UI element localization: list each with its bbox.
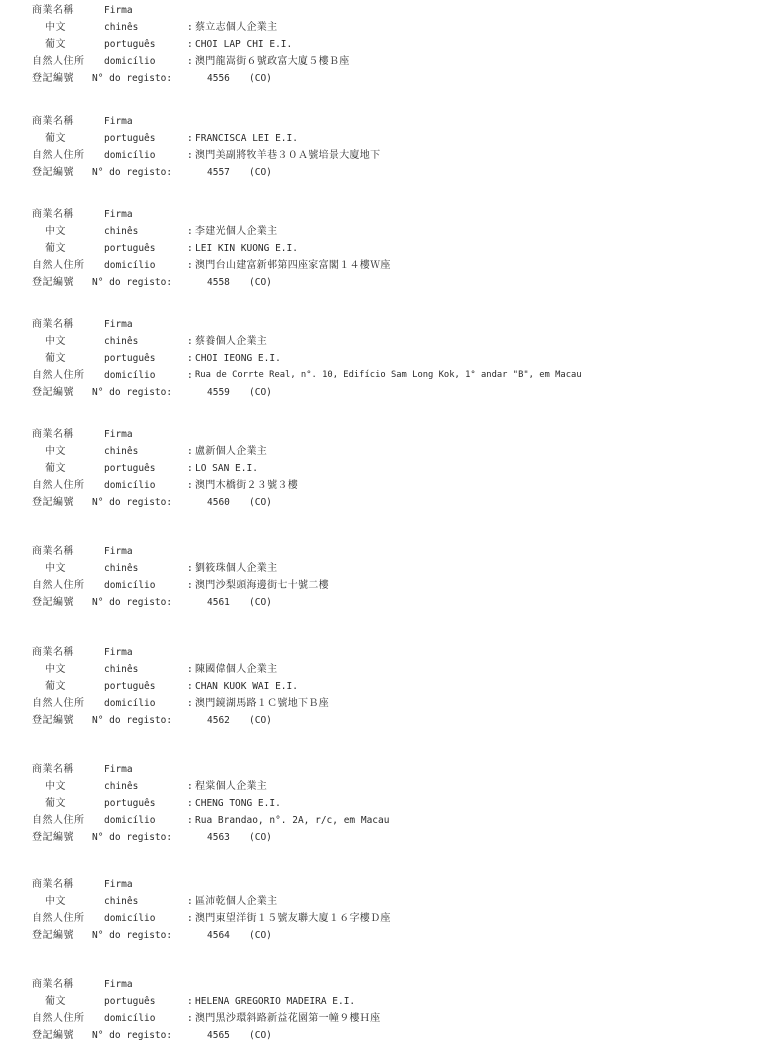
domicile-label-zh: 自然人住所 bbox=[32, 367, 85, 384]
registry-number: 4563 bbox=[207, 829, 230, 846]
portuguese-label-pt: português bbox=[104, 795, 155, 812]
separator: : bbox=[187, 795, 193, 812]
portuguese-name-value: CHOI IEONG E.I. bbox=[195, 350, 281, 367]
firm-label-pt: Firma bbox=[104, 976, 133, 993]
portuguese-name-value: FRANCISCA LEI E.I. bbox=[195, 130, 298, 147]
registry-number: 4565 bbox=[207, 1027, 230, 1044]
chinese-label-zh: 中文 bbox=[45, 778, 66, 795]
separator: : bbox=[187, 333, 193, 350]
domicile-value: Rua Brandao, n°. 2A, r/c, em Macau bbox=[195, 812, 389, 829]
separator: : bbox=[187, 477, 193, 494]
registry-label-zh: 登記編號 bbox=[32, 927, 74, 944]
registry-code: (CO) bbox=[249, 927, 272, 944]
portuguese-name-value: LO SAN E.I. bbox=[195, 460, 258, 477]
portuguese-label-pt: português bbox=[104, 130, 155, 147]
portuguese-label-pt: português bbox=[104, 678, 155, 695]
chinese-label-pt: chinês bbox=[104, 333, 138, 350]
portuguese-label-zh: 葡文 bbox=[45, 460, 66, 477]
firm-label-zh: 商業名稱 bbox=[32, 543, 74, 560]
separator: : bbox=[187, 53, 193, 70]
registry-code: (CO) bbox=[249, 1027, 272, 1044]
firm-label-pt: Firma bbox=[104, 543, 133, 560]
registry-code: (CO) bbox=[249, 274, 272, 291]
registry-label-zh: 登記編號 bbox=[32, 594, 74, 611]
domicile-value: 澳門黑沙環斜路新益花園第一幢９樓Ｈ座 bbox=[195, 1010, 380, 1027]
domicile-label-pt: domicílio bbox=[104, 812, 155, 829]
chinese-label-pt: chinês bbox=[104, 661, 138, 678]
domicile-label-pt: domicílio bbox=[104, 147, 155, 164]
separator: : bbox=[187, 257, 193, 274]
domicile-value: 澳門東望洋街１５號友聯大廈１６字樓Ｄ座 bbox=[195, 910, 391, 927]
separator: : bbox=[187, 910, 193, 927]
portuguese-label-pt: português bbox=[104, 36, 155, 53]
domicile-label-pt: domicílio bbox=[104, 695, 155, 712]
registry-code: (CO) bbox=[249, 829, 272, 846]
portuguese-name-value: LEI KIN KUONG E.I. bbox=[195, 240, 298, 257]
separator: : bbox=[187, 19, 193, 36]
domicile-value: 澳門龍嵩街６號政富大廈５樓Ｂ座 bbox=[195, 53, 350, 70]
registry-number: 4562 bbox=[207, 712, 230, 729]
firm-label-zh: 商業名稱 bbox=[32, 761, 74, 778]
separator: : bbox=[187, 661, 193, 678]
registry-label-zh: 登記編號 bbox=[32, 274, 74, 291]
separator: : bbox=[187, 350, 193, 367]
registry-label-zh: 登記編號 bbox=[32, 70, 74, 87]
chinese-name-value: 程棠個人企業主 bbox=[195, 778, 267, 795]
firm-label-pt: Firma bbox=[104, 113, 133, 130]
registry-label-pt: N° do registo: bbox=[92, 712, 172, 729]
domicile-value: 澳門美副將牧羊巷３０Ａ號培景大廈地下 bbox=[195, 147, 380, 164]
registry-label-pt: N° do registo: bbox=[92, 927, 172, 944]
chinese-label-zh: 中文 bbox=[45, 893, 66, 910]
portuguese-label-zh: 葡文 bbox=[45, 36, 66, 53]
separator: : bbox=[187, 812, 193, 829]
chinese-name-value: 蔡養個人企業主 bbox=[195, 333, 267, 350]
registry-number: 4557 bbox=[207, 164, 230, 181]
firm-label-zh: 商業名稱 bbox=[32, 644, 74, 661]
separator: : bbox=[187, 577, 193, 594]
firm-label-zh: 商業名稱 bbox=[32, 316, 74, 333]
portuguese-label-pt: português bbox=[104, 350, 155, 367]
registry-code: (CO) bbox=[249, 70, 272, 87]
domicile-label-zh: 自然人住所 bbox=[32, 477, 85, 494]
firm-label-zh: 商業名稱 bbox=[32, 876, 74, 893]
registry-label-pt: N° do registo: bbox=[92, 274, 172, 291]
registry-number: 4564 bbox=[207, 927, 230, 944]
separator: : bbox=[187, 367, 193, 384]
separator: : bbox=[187, 778, 193, 795]
registry-label-zh: 登記編號 bbox=[32, 494, 74, 511]
registry-number: 4561 bbox=[207, 594, 230, 611]
firm-label-zh: 商業名稱 bbox=[32, 206, 74, 223]
domicile-label-pt: domicílio bbox=[104, 477, 155, 494]
chinese-label-pt: chinês bbox=[104, 778, 138, 795]
chinese-label-zh: 中文 bbox=[45, 443, 66, 460]
portuguese-label-pt: português bbox=[104, 240, 155, 257]
portuguese-label-zh: 葡文 bbox=[45, 993, 66, 1010]
chinese-name-value: 區沛乾個人企業主 bbox=[195, 893, 277, 910]
portuguese-label-pt: português bbox=[104, 460, 155, 477]
domicile-label-pt: domicílio bbox=[104, 257, 155, 274]
domicile-label-zh: 自然人住所 bbox=[32, 1010, 85, 1027]
chinese-label-zh: 中文 bbox=[45, 19, 66, 36]
firm-label-zh: 商業名稱 bbox=[32, 113, 74, 130]
registry-label-zh: 登記編號 bbox=[32, 829, 74, 846]
registry-label-zh: 登記編號 bbox=[32, 164, 74, 181]
portuguese-name-value: CHAN KUOK WAI E.I. bbox=[195, 678, 298, 695]
separator: : bbox=[187, 443, 193, 460]
domicile-value: 澳門台山建富新邨第四座家富閣１４樓Ｗ座 bbox=[195, 257, 391, 274]
separator: : bbox=[187, 695, 193, 712]
registry-label-pt: N° do registo: bbox=[92, 164, 172, 181]
separator: : bbox=[187, 1010, 193, 1027]
chinese-label-pt: chinês bbox=[104, 560, 138, 577]
chinese-name-value: 盧新個人企業主 bbox=[195, 443, 267, 460]
registry-label-pt: N° do registo: bbox=[92, 70, 172, 87]
firm-label-pt: Firma bbox=[104, 2, 133, 19]
domicile-label-pt: domicílio bbox=[104, 53, 155, 70]
registry-code: (CO) bbox=[249, 712, 272, 729]
registry-label-zh: 登記編號 bbox=[32, 384, 74, 401]
firm-label-zh: 商業名稱 bbox=[32, 2, 74, 19]
chinese-label-zh: 中文 bbox=[45, 223, 66, 240]
registry-label-pt: N° do registo: bbox=[92, 1027, 172, 1044]
separator: : bbox=[187, 460, 193, 477]
firm-label-pt: Firma bbox=[104, 426, 133, 443]
firm-label-zh: 商業名稱 bbox=[32, 976, 74, 993]
separator: : bbox=[187, 893, 193, 910]
domicile-label-pt: domicílio bbox=[104, 577, 155, 594]
separator: : bbox=[187, 560, 193, 577]
domicile-value: 澳門沙梨頭海邊街七十號二樓 bbox=[195, 577, 329, 594]
domicile-label-zh: 自然人住所 bbox=[32, 257, 85, 274]
chinese-name-value: 陳國偉個人企業主 bbox=[195, 661, 277, 678]
registry-number: 4556 bbox=[207, 70, 230, 87]
separator: : bbox=[187, 36, 193, 53]
chinese-name-value: 劉筱珠個人企業主 bbox=[195, 560, 277, 577]
registry-label-pt: N° do registo: bbox=[92, 829, 172, 846]
portuguese-label-pt: português bbox=[104, 993, 155, 1010]
registry-document-page: 商業名稱Firma 中文chinês:蔡立志個人企業主 葡文português:… bbox=[0, 0, 759, 1045]
registry-label-pt: N° do registo: bbox=[92, 594, 172, 611]
chinese-label-pt: chinês bbox=[104, 893, 138, 910]
domicile-label-pt: domicílio bbox=[104, 367, 155, 384]
separator: : bbox=[187, 223, 193, 240]
separator: : bbox=[187, 130, 193, 147]
firm-label-pt: Firma bbox=[104, 761, 133, 778]
firm-label-pt: Firma bbox=[104, 644, 133, 661]
separator: : bbox=[187, 240, 193, 257]
domicile-label-zh: 自然人住所 bbox=[32, 53, 85, 70]
firm-label-zh: 商業名稱 bbox=[32, 426, 74, 443]
firm-label-pt: Firma bbox=[104, 876, 133, 893]
firm-label-pt: Firma bbox=[104, 316, 133, 333]
domicile-label-pt: domicílio bbox=[104, 910, 155, 927]
chinese-label-pt: chinês bbox=[104, 19, 138, 36]
registry-number: 4559 bbox=[207, 384, 230, 401]
portuguese-name-value: HELENA GREGORIO MADEIRA E.I. bbox=[195, 993, 355, 1010]
registry-code: (CO) bbox=[249, 384, 272, 401]
registry-label-pt: N° do registo: bbox=[92, 384, 172, 401]
domicile-label-zh: 自然人住所 bbox=[32, 910, 85, 927]
chinese-name-value: 蔡立志個人企業主 bbox=[195, 19, 277, 36]
registry-code: (CO) bbox=[249, 494, 272, 511]
registry-label-zh: 登記編號 bbox=[32, 712, 74, 729]
domicile-label-zh: 自然人住所 bbox=[32, 695, 85, 712]
portuguese-name-value: CHENG TONG E.I. bbox=[195, 795, 281, 812]
portuguese-name-value: CHOI LAP CHI E.I. bbox=[195, 36, 292, 53]
domicile-value: 澳門木橋街２３號３樓 bbox=[195, 477, 298, 494]
chinese-label-zh: 中文 bbox=[45, 333, 66, 350]
domicile-label-pt: domicílio bbox=[104, 1010, 155, 1027]
registry-number: 4560 bbox=[207, 494, 230, 511]
registry-code: (CO) bbox=[249, 594, 272, 611]
registry-label-zh: 登記編號 bbox=[32, 1027, 74, 1044]
chinese-label-zh: 中文 bbox=[45, 661, 66, 678]
chinese-label-pt: chinês bbox=[104, 223, 138, 240]
separator: : bbox=[187, 147, 193, 164]
domicile-label-zh: 自然人住所 bbox=[32, 577, 85, 594]
separator: : bbox=[187, 678, 193, 695]
portuguese-label-zh: 葡文 bbox=[45, 678, 66, 695]
domicile-label-zh: 自然人住所 bbox=[32, 812, 85, 829]
firm-label-pt: Firma bbox=[104, 206, 133, 223]
domicile-value: Rua de Corrte Real, n°. 10, Edifício Sam… bbox=[195, 367, 582, 384]
portuguese-label-zh: 葡文 bbox=[45, 795, 66, 812]
chinese-label-zh: 中文 bbox=[45, 560, 66, 577]
chinese-label-pt: chinês bbox=[104, 443, 138, 460]
registry-number: 4558 bbox=[207, 274, 230, 291]
domicile-label-zh: 自然人住所 bbox=[32, 147, 85, 164]
registry-code: (CO) bbox=[249, 164, 272, 181]
registry-label-pt: N° do registo: bbox=[92, 494, 172, 511]
domicile-value: 澳門鏡湖馬路１Ｃ號地下Ｂ座 bbox=[195, 695, 329, 712]
portuguese-label-zh: 葡文 bbox=[45, 350, 66, 367]
chinese-name-value: 李建光個人企業主 bbox=[195, 223, 277, 240]
portuguese-label-zh: 葡文 bbox=[45, 130, 66, 147]
portuguese-label-zh: 葡文 bbox=[45, 240, 66, 257]
separator: : bbox=[187, 993, 193, 1010]
